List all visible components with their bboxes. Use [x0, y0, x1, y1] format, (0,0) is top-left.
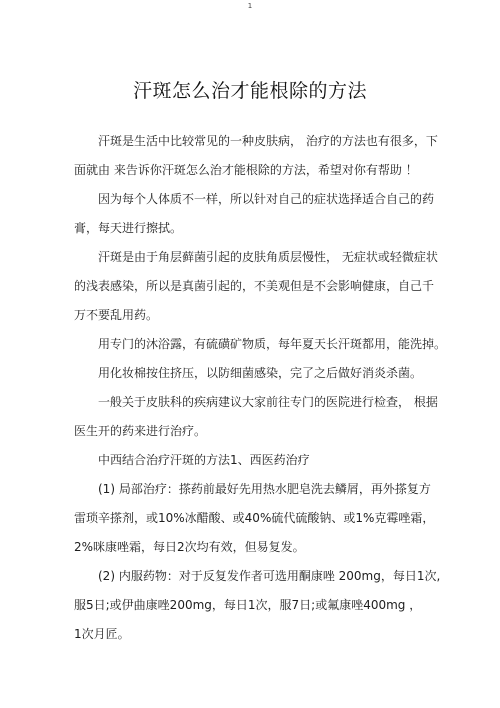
paragraph-line: 服5日;或伊曲康唑200mg，每日1次，服7日;或氟康唑400mg ，	[74, 598, 434, 627]
paragraph-line: 汗斑是生活中比较常见的一种皮肤病， 治疗的方法也有很多，下	[74, 134, 434, 163]
paragraph-line: 膏，每天进行擦拭。	[74, 221, 434, 250]
paragraph-line: 1次月匠。	[74, 627, 434, 656]
paragraph-line: 雷琐辛搽剂，或10%冰醋酸、或40%硫代硫酸钠、或1%克霉唑霜，	[74, 511, 434, 540]
paragraph-line: (1) 局部治疗：搽药前最好先用热水肥皂洗去鳞屑，再外搽复方	[74, 482, 434, 511]
paragraph-line: 2%咪康唑霜，每日2次均有效，但易复发。	[74, 540, 434, 569]
paragraph-line: 汗斑是由于角层藓菌引起的皮肤角质层慢性， 无症状或轻微症状	[74, 250, 434, 279]
page-number: 1	[0, 2, 500, 10]
section-heading: 中西结合治疗汗斑的方法1、西医药治疗	[74, 453, 434, 482]
paragraph-line: 万不要乱用药。	[74, 308, 434, 337]
paragraph-line: 用化妆棉按住挤压，以防细菌感染，完了之后做好消炎杀菌。	[74, 366, 434, 395]
paragraph-line: 的浅表感染，所以是真菌引起的，不美观但是不会影响健康，自己千	[74, 279, 434, 308]
paragraph-line: 一般关于皮肤科的疾病建议大家前往专门的医院进行检查， 根据	[74, 395, 434, 424]
paragraph-line: 因为每个人体质不一样，所以针对自己的症状选择适合自己的药	[74, 192, 434, 221]
document-body: 汗斑是生活中比较常见的一种皮肤病， 治疗的方法也有很多，下 面就由 来告诉你汗斑…	[74, 134, 434, 656]
paragraph-line: 用专门的沐浴露，有硫磺矿物质，每年夏天长汗斑都用，能洗掉。	[74, 337, 434, 366]
paragraph-line: (2) 内服药物：对于反复发作者可选用酮康唑 200mg，每日1次,	[74, 569, 434, 598]
paragraph-line: 医生开的药来进行治疗。	[74, 424, 434, 453]
paragraph-line: 面就由 来告诉你汗斑怎么治才能根除的方法，希望对你有帮助 ！	[74, 163, 434, 192]
document-title: 汗斑怎么治才能根除的方法	[0, 76, 500, 103]
